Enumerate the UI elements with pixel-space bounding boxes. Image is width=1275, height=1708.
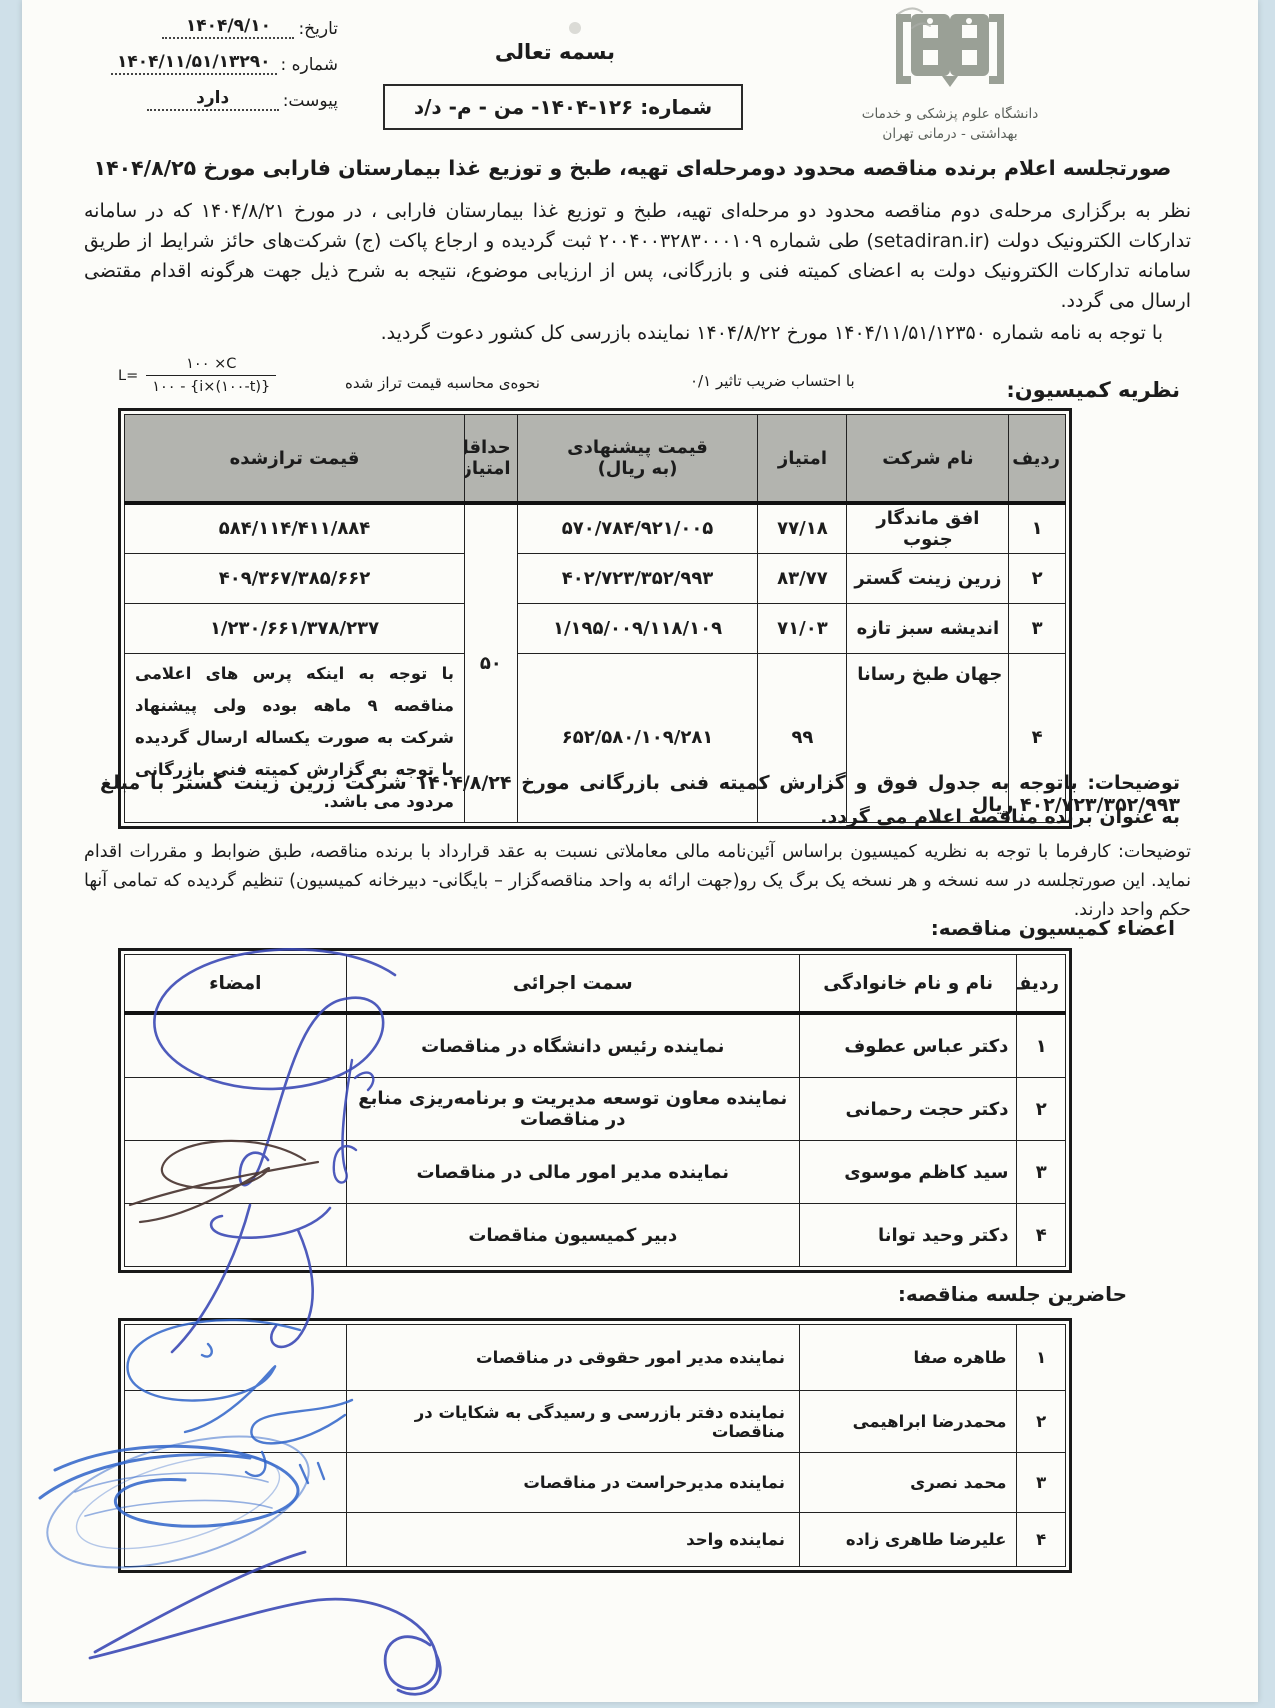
- signature-cell: [125, 1013, 347, 1078]
- members-table: ردیف نام و نام خانوادگی سمت اجرائی امضاء…: [118, 948, 1072, 1273]
- attachment-field: پیوست: دارد: [88, 88, 338, 111]
- formula-denominator: ۱۰۰ - {i×(۱۰۰-t)}: [146, 376, 276, 395]
- attendee-name: محمد نصری: [799, 1453, 1017, 1513]
- bids-header-row: ردیف نام شرکت امتیاز قیمت پیشنهادی (به ر…: [125, 415, 1066, 504]
- row-number: ۱: [1017, 1013, 1066, 1078]
- document-title: صورتجلسه اعلام برنده مناقصه محدود دومرحل…: [70, 156, 1195, 180]
- members-section-title: اعضاء کمیسیون مناقصه:: [931, 916, 1175, 940]
- attendees-table: ۱ طاهره صفا نماینده مدیر امور حقوقی در م…: [118, 1318, 1072, 1573]
- table-row: ۳ اندیشه سبز تازه ۷۱/۰۳ ۱/۱۹۵/۰۰۹/۱۱۸/۱۰…: [125, 603, 1066, 653]
- number-field: شماره : ۱۴۰۴/۱۱/۵۱/۱۳۲۹۰: [88, 52, 338, 75]
- member-name: دکتر وحید توانا: [799, 1204, 1017, 1267]
- bids-table: ردیف نام شرکت امتیاز قیمت پیشنهادی (به ر…: [118, 408, 1072, 829]
- attendee-position: نماینده واحد: [346, 1513, 799, 1567]
- attendee-position: نماینده مدیر امور حقوقی در مناقصات: [346, 1325, 799, 1391]
- company-name: زرین زینت گستر: [847, 553, 1009, 603]
- member-position: نماینده مدیر امور مالی در مناقصات: [346, 1141, 799, 1204]
- member-name: دکتر حجت رحمانی: [799, 1078, 1017, 1141]
- letterhead-fields: تاریخ: ۱۴۰۴/۹/۱۰ شماره : ۱۴۰۴/۱۱/۵۱/۱۳۲۹…: [88, 16, 338, 124]
- company-name: اندیشه سبز تازه: [847, 603, 1009, 653]
- member-position: دبیر کمیسیون مناقصات: [346, 1204, 799, 1267]
- university-logo-icon: [886, 6, 1014, 98]
- balanced-price: ۴۰۹/۳۶۷/۳۸۵/۶۶۲: [125, 553, 465, 603]
- col-min-score: حداقل امتیاز: [465, 415, 518, 504]
- winner-note-line2: به عنوان برنده مناقصه اعلام می گردد.: [820, 806, 1180, 828]
- signature-cell: [125, 1078, 347, 1141]
- signature-cell: [125, 1204, 347, 1267]
- attendees-section-title: حاضرین جلسه مناقصه:: [898, 1282, 1127, 1306]
- row-number: ۲: [1009, 553, 1066, 603]
- col-company: نام شرکت: [847, 415, 1009, 504]
- row-number: ۱: [1017, 1325, 1066, 1391]
- body-paragraph-2: با توجه به نامه شماره ۱۴۰۴/۱۱/۵۱/۱۲۳۵۰ م…: [84, 322, 1163, 344]
- number-value: ۱۴۰۴/۱۱/۵۱/۱۳۲۹۰: [111, 52, 277, 75]
- table-row: ۲ زرین زینت گستر ۸۳/۷۷ ۴۰۲/۷۲۳/۳۵۲/۹۹۳ ۴…: [125, 553, 1066, 603]
- row-number: ۳: [1009, 603, 1066, 653]
- price: ۵۷۰/۷۸۴/۹۲۱/۰۰۵: [517, 503, 758, 553]
- row-number: ۳: [1017, 1141, 1066, 1204]
- table-row: ۴ علیرضا طاهری زاده نماینده واحد: [125, 1513, 1066, 1567]
- org-name-line2: بهداشتی - درمانی تهران: [840, 124, 1060, 144]
- attachment-label: پیوست:: [283, 91, 338, 111]
- price: ۴۰۲/۷۲۳/۳۵۲/۹۹۳: [517, 553, 758, 603]
- reference-number-box: شماره: ۱۲۶-۱۴۰۴- من - م- د/د: [383, 84, 743, 130]
- col-score: امتیاز: [758, 415, 847, 504]
- row-number: ۳: [1017, 1453, 1066, 1513]
- date-label: تاریخ:: [298, 19, 338, 39]
- table-row: ۲ دکتر حجت رحمانی نماینده معاون توسعه مد…: [125, 1078, 1066, 1141]
- row-number: ۲: [1017, 1391, 1066, 1453]
- document-page: { "colors": { "paper": "#fcfcf9", "scan_…: [0, 0, 1275, 1708]
- score: ۷۱/۰۳: [758, 603, 847, 653]
- attendee-position: نماینده دفتر بازرسی و رسیدگی به شکایات د…: [346, 1391, 799, 1453]
- impact-coefficient-note: با احتساب ضریب تاثیر ۰/۱: [690, 372, 855, 390]
- balanced-price: ۵۸۴/۱۱۴/۴۱۱/۸۸۴: [125, 503, 465, 553]
- col-full-name: نام و نام خانوادگی: [799, 955, 1017, 1014]
- body-paragraph-1: نظر به برگزاری مرحله‌ی دوم مناقصه محدود …: [84, 196, 1191, 316]
- besmele-text: بسمه تعالی: [380, 40, 730, 64]
- table-row: ۱ طاهره صفا نماینده مدیر امور حقوقی در م…: [125, 1325, 1066, 1391]
- table-row: ۲ محمدرضا ابراهیمی نماینده دفتر بازرسی و…: [125, 1391, 1066, 1453]
- members-header-row: ردیف نام و نام خانوادگی سمت اجرائی امضاء: [125, 955, 1066, 1014]
- col-row-number: ردیف: [1017, 955, 1066, 1014]
- member-name: سید کاظم موسوی: [799, 1141, 1017, 1204]
- commission-opinion-heading: نظریه کمیسیون:: [1006, 378, 1180, 402]
- table-row: ۴ دکتر وحید توانا دبیر کمیسیون مناقصات: [125, 1204, 1066, 1267]
- attendee-position: نماینده مدیرحراست در مناقصات: [346, 1453, 799, 1513]
- row-number: ۲: [1017, 1078, 1066, 1141]
- signature-cell: [125, 1141, 347, 1204]
- table-row: ۱ افق ماندگار جنوب ۷۷/۱۸ ۵۷۰/۷۸۴/۹۲۱/۰۰۵…: [125, 503, 1066, 553]
- row-number: ۴: [1017, 1204, 1066, 1267]
- attendee-name: طاهره صفا: [799, 1325, 1017, 1391]
- formula-numerator: ۱۰۰ ×C: [146, 356, 276, 376]
- org-name-line1: دانشگاه علوم پزشکی و خدمات: [840, 104, 1060, 124]
- member-name: دکتر عباس عطوف: [799, 1013, 1017, 1078]
- table-row: ۳ سید کاظم موسوی نماینده مدیر امور مالی …: [125, 1141, 1066, 1204]
- table-row: ۳ محمد نصری نماینده مدیرحراست در مناقصات: [125, 1453, 1066, 1513]
- attendee-name: علیرضا طاهری زاده: [799, 1513, 1017, 1567]
- row-number: ۴: [1017, 1513, 1066, 1567]
- score: ۸۳/۷۷: [758, 553, 847, 603]
- university-header: دانشگاه علوم پزشکی و خدمات بهداشتی - درم…: [840, 6, 1060, 145]
- attendee-name: محمدرضا ابراهیمی: [799, 1391, 1017, 1453]
- number-label: شماره :: [281, 55, 339, 75]
- employer-note: توضیحات: کارفرما با توجه به نظریه کمیسیو…: [84, 838, 1191, 925]
- formula-lhs: L=: [118, 368, 138, 384]
- col-price-line1: قیمت پیشنهادی: [524, 437, 752, 458]
- col-position: سمت اجرائی: [346, 955, 799, 1014]
- col-balanced-price: قیمت ترازشده: [125, 415, 465, 504]
- col-row-number: ردیف: [1009, 415, 1066, 504]
- col-price-line2: (به ریال): [524, 458, 752, 479]
- date-field: تاریخ: ۱۴۰۴/۹/۱۰: [88, 16, 338, 39]
- col-price: قیمت پیشنهادی (به ریال): [517, 415, 758, 504]
- row-number: ۱: [1009, 503, 1066, 553]
- company-name: افق ماندگار جنوب: [847, 503, 1009, 553]
- col-signature: امضاء: [125, 955, 347, 1014]
- price: ۱/۱۹۵/۰۰۹/۱۱۸/۱۰۹: [517, 603, 758, 653]
- date-value: ۱۴۰۴/۹/۱۰: [162, 16, 294, 39]
- balanced-price: ۱/۲۳۰/۶۶۱/۳۷۸/۲۳۷: [125, 603, 465, 653]
- member-position: نماینده رئیس دانشگاه در مناقصات: [346, 1013, 799, 1078]
- balanced-price-formula: L= ۱۰۰ ×C ۱۰۰ - {i×(۱۰۰-t)}: [118, 356, 276, 395]
- signature-cell: [125, 1513, 347, 1567]
- score: ۷۷/۱۸: [758, 503, 847, 553]
- signature-cell: [125, 1453, 347, 1513]
- table-row: ۱ دکتر عباس عطوف نماینده رئیس دانشگاه در…: [125, 1013, 1066, 1078]
- signature-cell: [125, 1325, 347, 1391]
- member-position: نماینده معاون توسعه مدیریت و برنامه‌ریزی…: [346, 1078, 799, 1141]
- balanced-price-caption: نحوه‌ی محاسبه قیمت تراز شده: [345, 374, 540, 392]
- signature-cell: [125, 1391, 347, 1453]
- attachment-value: دارد: [147, 88, 279, 111]
